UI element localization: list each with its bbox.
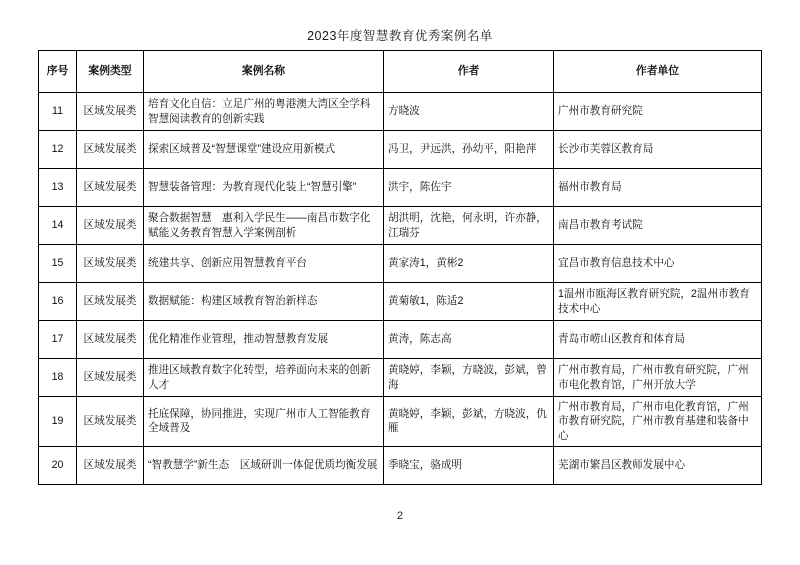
cell-unit: 广州市教育研究院 xyxy=(554,93,762,131)
cell-unit: 青岛市崂山区教育和体育局 xyxy=(554,321,762,359)
cell-unit: 广州市教育局，广州市电化教育馆，广州市教育研究院，广州市教育基建和装备中心 xyxy=(554,397,762,447)
cell-case-name: 推进区域教育数字化转型，培养面向未来的创新人才 xyxy=(144,359,384,397)
header-cell-name: 案例名称 xyxy=(144,51,384,93)
cell-type: 区域发展类 xyxy=(77,131,144,169)
table-row: 15区域发展类统建共享、创新应用智慧教育平台黄家涛1，黄彬2宜昌市教育信息技术中… xyxy=(39,245,762,283)
cell-type: 区域发展类 xyxy=(77,169,144,207)
cell-type: 区域发展类 xyxy=(77,93,144,131)
document-title: 2023年度智慧教育优秀案例名单 xyxy=(0,26,800,44)
cell-authors: 黄菊敏1，陈适2 xyxy=(384,283,554,321)
cell-serial: 20 xyxy=(39,446,77,484)
cell-type: 区域发展类 xyxy=(77,207,144,245)
cell-case-name: 托底保障，协同推进，实现广州市人工智能教育全域普及 xyxy=(144,397,384,447)
header-cell-type: 案例类型 xyxy=(77,51,144,93)
table-row: 18区域发展类推进区域教育数字化转型，培养面向未来的创新人才黄晓婷，李颖，方晓波… xyxy=(39,359,762,397)
table-row: 19区域发展类托底保障，协同推进，实现广州市人工智能教育全域普及黄晓婷，李颖，彭… xyxy=(39,397,762,447)
cell-type: 区域发展类 xyxy=(77,359,144,397)
header-cell-serial: 序号 xyxy=(39,51,77,93)
header-cell-authors: 作者 xyxy=(384,51,554,93)
cases-table: 序号 案例类型 案例名称 作者 作者单位 11区域发展类培育文化自信：立足广州的… xyxy=(38,50,762,485)
cell-unit: 宜昌市教育信息技术中心 xyxy=(554,245,762,283)
cell-unit: 芜湖市繁昌区教师发展中心 xyxy=(554,446,762,484)
cell-unit: 1温州市瓯海区教育研究院，2温州市教育技术中心 xyxy=(554,283,762,321)
table-row: 17区域发展类优化精准作业管理，推动智慧教育发展黄涛，陈志高青岛市崂山区教育和体… xyxy=(39,321,762,359)
cell-authors: 冯卫，尹远洪，孙幼平，阳艳萍 xyxy=(384,131,554,169)
cell-authors: 胡洪明，沈艳，何永明，许亦静，江瑞芬 xyxy=(384,207,554,245)
cell-case-name: 聚合数据智慧 惠利入学民生——南昌市数字化赋能义务教育智慧入学案例剖析 xyxy=(144,207,384,245)
cell-case-name: 智慧装备管理：为教育现代化装上“智慧引擎” xyxy=(144,169,384,207)
header-cell-unit: 作者单位 xyxy=(554,51,762,93)
cell-case-name: 培育文化自信：立足广州的粤港澳大湾区全学科智慧阅读教育的创新实践 xyxy=(144,93,384,131)
cell-case-name: “智教慧学”新生态 区域研训一体促优质均衡发展 xyxy=(144,446,384,484)
table-row: 11区域发展类培育文化自信：立足广州的粤港澳大湾区全学科智慧阅读教育的创新实践方… xyxy=(39,93,762,131)
table-row: 12区域发展类探索区域普及“智慧课堂”建设应用新模式冯卫，尹远洪，孙幼平，阳艳萍… xyxy=(39,131,762,169)
cell-serial: 14 xyxy=(39,207,77,245)
cell-serial: 19 xyxy=(39,397,77,447)
table-row: 14区域发展类聚合数据智慧 惠利入学民生——南昌市数字化赋能义务教育智慧入学案例… xyxy=(39,207,762,245)
table-row: 13区域发展类智慧装备管理：为教育现代化装上“智慧引擎”洪宇，陈佐宇福州市教育局 xyxy=(39,169,762,207)
cell-case-name: 优化精准作业管理，推动智慧教育发展 xyxy=(144,321,384,359)
cell-type: 区域发展类 xyxy=(77,321,144,359)
cell-authors: 洪宇，陈佐宇 xyxy=(384,169,554,207)
cell-authors: 黄晓婷，李颖，彭斌，方晓波，仇雁 xyxy=(384,397,554,447)
cell-case-name: 数据赋能：构建区域教育智治新样态 xyxy=(144,283,384,321)
cell-serial: 18 xyxy=(39,359,77,397)
cell-unit: 南昌市教育考试院 xyxy=(554,207,762,245)
page-number: 2 xyxy=(0,510,800,522)
cell-serial: 15 xyxy=(39,245,77,283)
cell-type: 区域发展类 xyxy=(77,446,144,484)
table-header-row: 序号 案例类型 案例名称 作者 作者单位 xyxy=(39,51,762,93)
cell-authors: 季晓宝，骆成明 xyxy=(384,446,554,484)
cell-type: 区域发展类 xyxy=(77,397,144,447)
cell-case-name: 探索区域普及“智慧课堂”建设应用新模式 xyxy=(144,131,384,169)
cell-case-name: 统建共享、创新应用智慧教育平台 xyxy=(144,245,384,283)
cell-unit: 广州市教育局，广州市教育研究院，广州市电化教育馆，广州开放大学 xyxy=(554,359,762,397)
cell-authors: 黄家涛1，黄彬2 xyxy=(384,245,554,283)
cell-serial: 16 xyxy=(39,283,77,321)
cell-unit: 福州市教育局 xyxy=(554,169,762,207)
cell-type: 区域发展类 xyxy=(77,283,144,321)
cell-authors: 黄涛，陈志高 xyxy=(384,321,554,359)
table-row: 16区域发展类数据赋能：构建区域教育智治新样态黄菊敏1，陈适21温州市瓯海区教育… xyxy=(39,283,762,321)
cell-serial: 11 xyxy=(39,93,77,131)
cell-unit: 长沙市芙蓉区教育局 xyxy=(554,131,762,169)
document-page: 2023年度智慧教育优秀案例名单 序号 案例类型 案例名称 作者 作者单位 11… xyxy=(0,0,800,565)
cell-type: 区域发展类 xyxy=(77,245,144,283)
cell-authors: 黄晓婷，李颖，方晓波，彭斌，曾海 xyxy=(384,359,554,397)
table-row: 20区域发展类“智教慧学”新生态 区域研训一体促优质均衡发展季晓宝，骆成明芜湖市… xyxy=(39,446,762,484)
cell-serial: 13 xyxy=(39,169,77,207)
cell-serial: 17 xyxy=(39,321,77,359)
cell-authors: 方晓波 xyxy=(384,93,554,131)
cell-serial: 12 xyxy=(39,131,77,169)
